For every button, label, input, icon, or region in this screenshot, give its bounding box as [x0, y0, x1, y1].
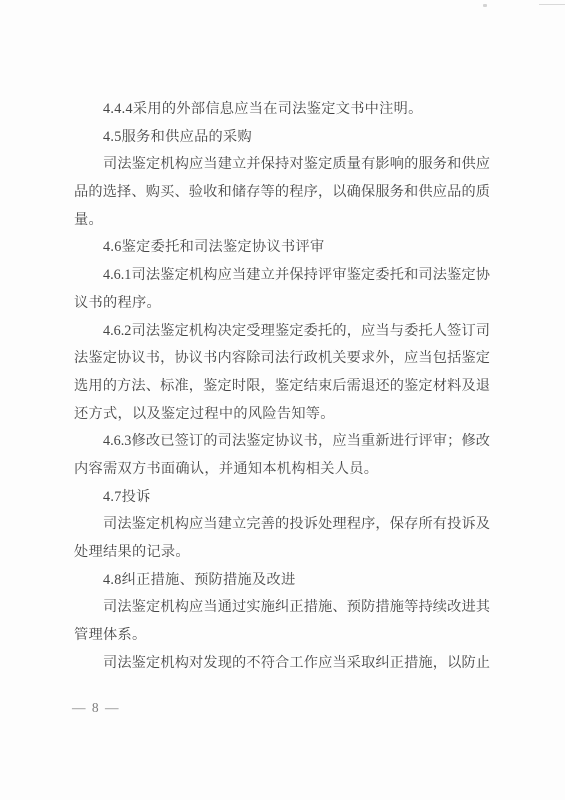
- text-line: 4.6.3修改已签订的司法鉴定协议书，应当重新进行评审；修改: [74, 428, 490, 456]
- text-line: 品的选择、购买、验收和储存等的程序，以确保服务和供应品的质: [74, 179, 490, 207]
- text-line: 4.7投诉: [74, 484, 490, 512]
- page-number: — 8 —: [72, 698, 120, 718]
- text-line: 还方式，以及鉴定过程中的风险告知等。: [74, 401, 490, 429]
- text-line: 4.6.1司法鉴定机构应当建立并保持评审鉴定委托和司法鉴定协: [74, 262, 490, 290]
- text-line: 司法鉴定机构应当通过实施纠正措施、预防措施等持续改进其: [74, 594, 490, 622]
- text-line: 处理结果的记录。: [74, 539, 490, 567]
- text-line: 司法鉴定机构应当建立完善的投诉处理程序，保存所有投诉及: [74, 511, 490, 539]
- text-line: 4.6.2司法鉴定机构决定受理鉴定委托的，应当与委托人签订司: [74, 318, 490, 346]
- text-line: 量。: [74, 207, 490, 235]
- document-page: 4.4.4采用的外部信息应当在司法鉴定文书中注明。4.5服务和供应品的采购司法鉴…: [0, 0, 565, 800]
- text-line: 管理体系。: [74, 622, 490, 650]
- text-line: 选用的方法、标准，鉴定时限，鉴定结束后需退还的鉴定材料及退: [74, 373, 490, 401]
- text-line: 司法鉴定机构应当建立并保持对鉴定质量有影响的服务和供应: [74, 151, 490, 179]
- text-line: 4.6鉴定委托和司法鉴定协议书评审: [74, 234, 490, 262]
- text-line: 4.8纠正措施、预防措施及改进: [74, 567, 490, 595]
- text-line: 法鉴定协议书，协议书内容除司法行政机关要求外，应当包括鉴定: [74, 345, 490, 373]
- text-line: 内容需双方书面确认，并通知本机构相关人员。: [74, 456, 490, 484]
- text-line: 4.5服务和供应品的采购: [74, 124, 490, 152]
- scan-artifact-line: [539, 4, 565, 5]
- scan-artifact-speck: [483, 4, 487, 7]
- document-lines: 4.4.4采用的外部信息应当在司法鉴定文书中注明。4.5服务和供应品的采购司法鉴…: [74, 96, 490, 677]
- text-line: 议书的程序。: [74, 290, 490, 318]
- text-line: 4.4.4采用的外部信息应当在司法鉴定文书中注明。: [74, 96, 490, 124]
- text-line: 司法鉴定机构对发现的不符合工作应当采取纠正措施，以防止: [74, 650, 490, 678]
